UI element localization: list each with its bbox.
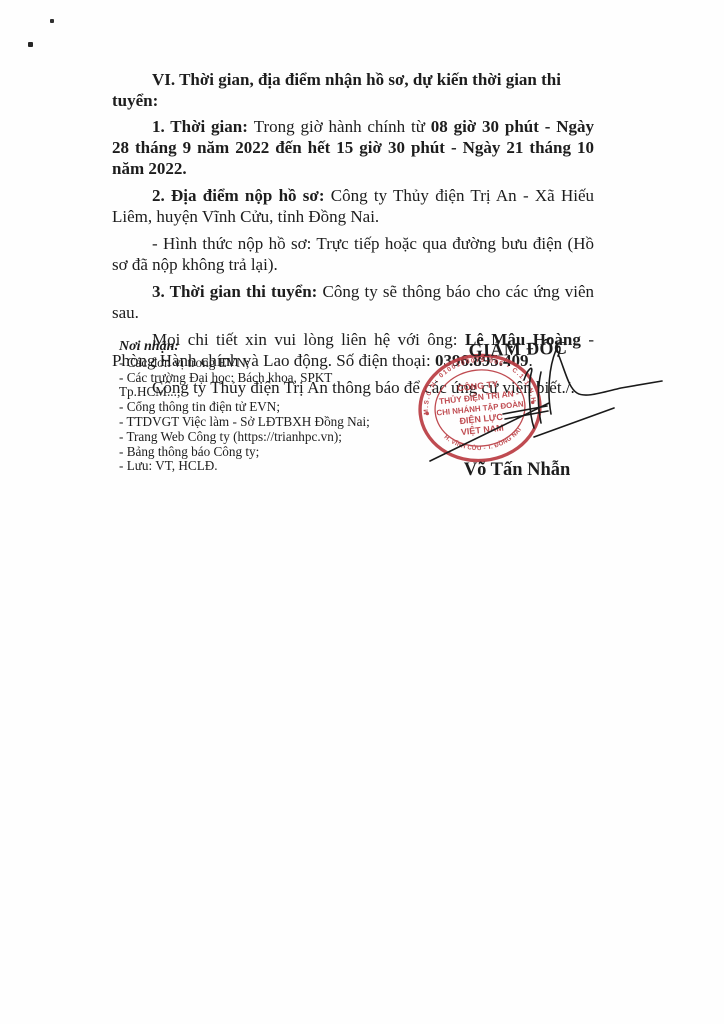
recipient-item: - Các trường Đại học: Bách khoa, SPKT Tp… [119, 371, 371, 401]
recipient-item: - Bảng thông báo Công ty; [119, 445, 371, 460]
document-page: VI. Thời gian, địa điểm nhận hồ sơ, dự k… [0, 0, 724, 1024]
paragraph-exam-label: 3. Thời gian thi tuyển: [152, 282, 323, 301]
paragraph-time: 1. Thời gian: Trong giờ hành chính từ 08… [112, 116, 594, 179]
scan-artifact-dot [50, 19, 54, 23]
recipient-item: - Các đơn vị trong EVN; [119, 356, 371, 371]
scan-artifact-dot [28, 42, 33, 47]
signer-name: Võ Tấn Nhẫn [417, 460, 617, 481]
recipient-item: - Cổng thông tin điện tử EVN; [119, 400, 371, 415]
paragraph-submission-text: - Hình thức nộp hồ sơ: Trực tiếp hoặc qu… [112, 234, 594, 274]
recipients-heading: Nơi nhận: [119, 340, 371, 355]
paragraph-time-label: 1. Thời gian: [152, 117, 254, 136]
recipient-item: - Trang Web Công ty (https://trianhpc.vn… [119, 430, 371, 445]
paragraph-location-label: 2. Địa điểm nộp hồ sơ: [152, 186, 331, 205]
paragraph-submission-method: - Hình thức nộp hồ sơ: Trực tiếp hoặc qu… [112, 233, 594, 275]
section-heading: VI. Thời gian, địa điểm nhận hồ sơ, dự k… [112, 69, 594, 111]
paragraph-location: 2. Địa điểm nộp hồ sơ: Công ty Thủy điện… [112, 185, 594, 227]
paragraph-time-text: Trong giờ hành chính từ [254, 117, 431, 136]
recipients-block: Nơi nhận: - Các đơn vị trong EVN; - Các … [119, 340, 371, 474]
recipient-item: - TTDVGT Việc làm - Sở LĐTBXH Đồng Nai; [119, 415, 371, 430]
recipient-item: - Lưu: VT, HCLĐ. [119, 459, 371, 474]
paragraph-exam-time: 3. Thời gian thi tuyển: Công ty sẽ thông… [112, 281, 594, 323]
